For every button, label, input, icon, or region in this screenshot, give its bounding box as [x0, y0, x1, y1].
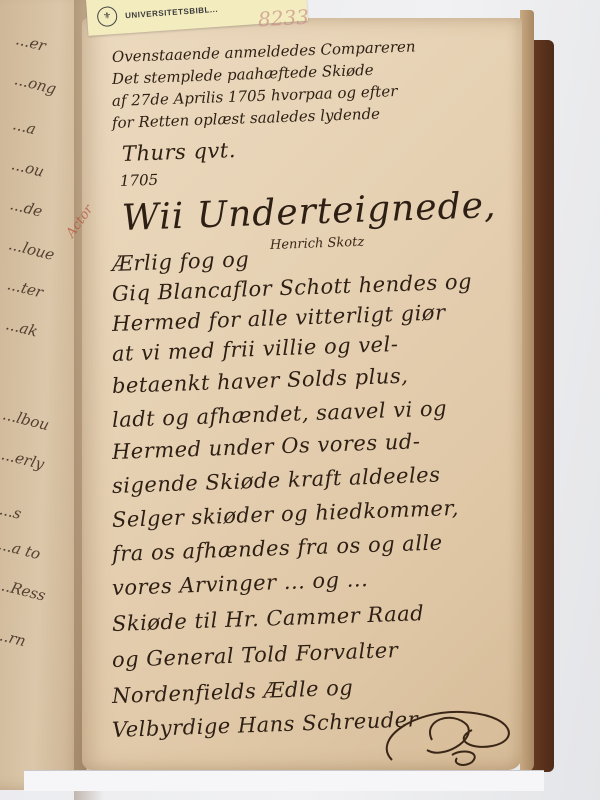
library-label-text: UNIVERSITETSBIBL...	[125, 4, 218, 19]
left-page-fragment: ...rn	[0, 625, 85, 664]
document-line: Ærlig fog og	[112, 247, 250, 276]
support-plate	[24, 770, 544, 791]
header-signature: Thurs qvt.	[122, 138, 237, 166]
manuscript-photo: ...er ...ong ...a ...ou ...de ...loue ..…	[0, 0, 600, 800]
library-seal-icon: ⚜	[97, 6, 118, 27]
catalog-stamp-number: 8233	[257, 5, 309, 32]
signature-flourish-icon	[372, 700, 532, 770]
page-edges	[520, 10, 534, 772]
header-year: 1705	[120, 171, 159, 190]
